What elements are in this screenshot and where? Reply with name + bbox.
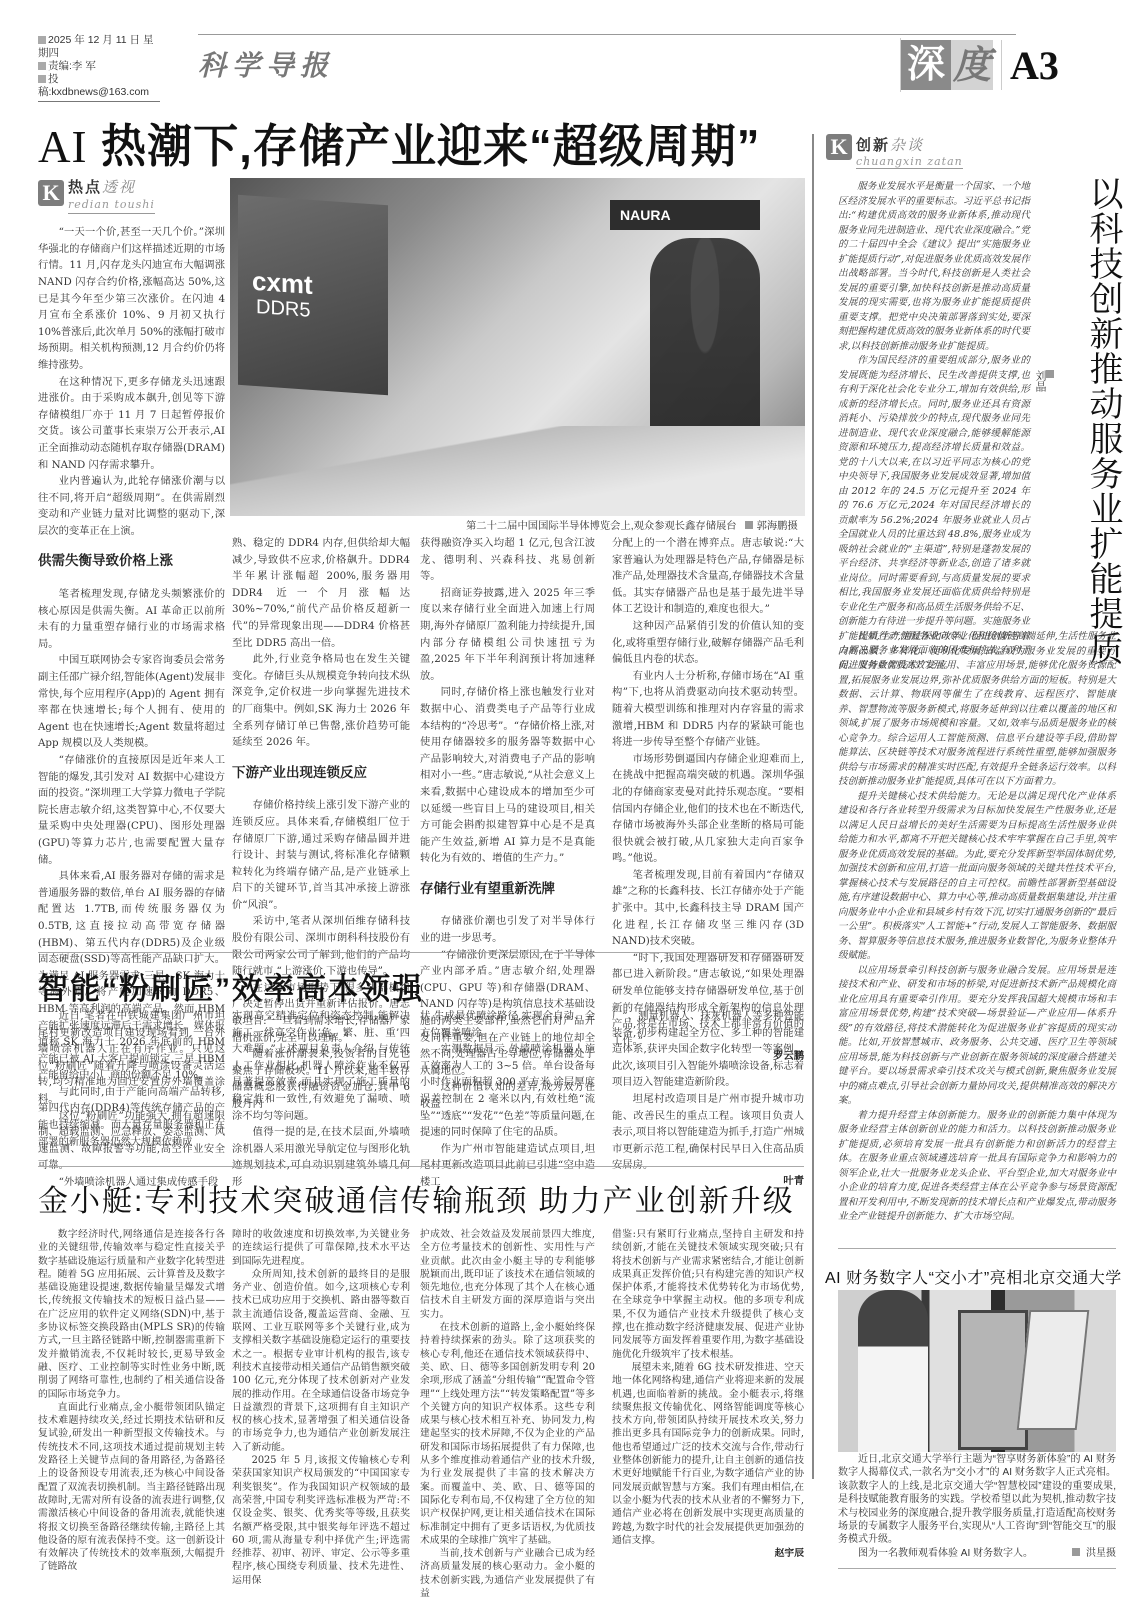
paragraph: 中国互联网协会专家咨询委员会常务副主任邵广禄介绍,智能体(Agent)发展非常快… — [38, 652, 225, 752]
paragraph: 近日,笔者在中铁城建集团广州市坦尾村更新改造项目建设现场看到,一台外墙喷涂机器人… — [38, 1008, 225, 1108]
contribute-email[interactable]: 投稿:kxdbnews@163.com — [38, 73, 160, 99]
paragraph: 这种因产品紧俏引发的价值认知的变化,或将重塑存储行业,破解存储器产品毛利偏低且内… — [612, 618, 804, 668]
author-byline: 赵宇辰 — [612, 1547, 804, 1560]
paragraph: 作为国民经济的重要组成部分,服务业的发展既能为经济增长、民生改善提供支撑,也有利… — [838, 354, 1030, 673]
article3-column-4: 借鉴:只有紧盯行业痛点,坚持自主研发和持续创新,才能在关键技术领域实现突破;只有… — [612, 1228, 804, 1560]
lead-column-4: 分配上的一个潜在博弈点。唐志敏说:“大家普遍认为处理器是特色产品,存储器是标准产… — [612, 535, 804, 1066]
paragraph: 业内普遍认为,此轮存储涨价潮与以往不同,将开启“超级周期”。在供需剧烈变动和产业… — [38, 473, 225, 539]
sidebar-author: 刘晶 — [1040, 370, 1054, 392]
paragraph: 有业内人士分析称,存储市场在“AI 重构”下,也将从消费驱动向技术驱动转型。随着… — [612, 668, 804, 751]
article3-headline: 金小艇:专利技术突破通信传输瓶颈 助力产业创新升级 — [38, 1176, 795, 1220]
paragraph: 坦尾村改造项目是广州市提升城市功能、改善民生的重点工程。该项目负责人表示,项目将… — [612, 1091, 804, 1174]
masthead-rule — [198, 34, 1016, 35]
sidebar-vertical-title: 以科技创新推动服务业扩能提质 — [1082, 176, 1122, 666]
page-number: A3 — [1010, 42, 1059, 89]
issue-date: 2025 年 12 月 11 日 星期四 — [38, 34, 160, 60]
paragraph: “一天一个价,甚至一天几个价。”深圳华强北的存储商户们这样描述近期的市场行情。1… — [38, 224, 225, 373]
column-pinyin: chuangxin zatan — [856, 155, 963, 168]
credit-square-icon — [745, 521, 753, 529]
paragraph: 展望未来,随着 6G 技术研发推进、空天地一体化网络构建,通信产业将迎来新的发展… — [612, 1361, 804, 1547]
subheading: 供需失衡导致价格上涨 — [38, 553, 225, 570]
booth-sign: NAURA — [610, 200, 760, 230]
k-logo-icon: K — [38, 180, 64, 206]
column-pinyin: redian toushi — [68, 197, 155, 214]
innovation-column-badge: K 创新杂谈 chuangxin zatan — [826, 134, 963, 169]
paragraph: 实现高空精准定位和姿态控制,能解决施工一线高空作业‘危、繁、脏、重’四大难题。”… — [232, 1008, 410, 1124]
subheading: 下游产业出现连锁反应 — [232, 765, 410, 782]
sidebar-narrow-text: 服务业发展水平是衡量一个国家、一个地区经济发展水平的重要标志。习近平总书记指出:… — [838, 180, 1030, 673]
lead-headline: AI 热潮下,存储产业迎来“超级周期” — [38, 110, 760, 176]
teacher-figure — [858, 1290, 928, 1452]
news-brief-text: 近日,北京交通大学举行主题为“智享财务新体验”的 AI 财务数字人揭幕仪式,一款… — [838, 1453, 1116, 1560]
paragraph: 熟、稳定的 DDR4 内存,但供给却大幅减少,导致供不应求,价格飙升。DDR4 … — [232, 535, 410, 651]
lead-photo-caption: 第二十二届中国国际半导体博览会上,观众参观长鑫存储展台郭海鹏摄 — [466, 517, 798, 532]
paragraph: 服务业发展水平是衡量一个国家、一个地区经济发展水平的重要标志。习近平总书记指出:… — [838, 180, 1030, 354]
paragraph: 数字经济时代,网络通信是连接各行各业的关键纽带,传输效率与稳定性直接关乎数字基础… — [38, 1228, 225, 1401]
paragraph: 提升关键核心技术供给能力。无论是以满足现代化产业体系建设和各行各业转型升级需求为… — [838, 790, 1116, 964]
section-char-2: 度 — [951, 40, 993, 90]
paragraph: “存储涨价的直接原因是近年来人工智能的爆发,其引发对 AI 数据中心建设方面的投… — [38, 752, 225, 868]
paragraph: 招商证券披露,进入 2025 年三季度以来存储行业全面进入加速上行周期,海外存储… — [420, 585, 595, 685]
article2-column-2: 实现高空精准定位和姿态控制,能解决施工一线高空作业‘危、繁、脏、重’四大难题。”… — [232, 1008, 410, 1191]
paragraph: 障时的收敛速度和切换效率,为关键业务的连续运行提供了可靠保障,技术水平达到国际先… — [232, 1228, 410, 1268]
k-logo-icon: K — [826, 134, 852, 160]
subheading: 存储行业有望重新洗牌 — [420, 881, 595, 898]
paragraph: 近日,北京交通大学举行主题为“智享财务新体验”的 AI 财务数字人揭幕仪式,一款… — [838, 1453, 1116, 1547]
article2-column-4: 厂”、测量机器人、抹灰机器人等多种智能装备,初步构建起全方位、多工种的智能建造体… — [612, 1008, 804, 1191]
article2-headline: 智能“粉刷匠”效率高本领强 — [38, 964, 424, 1008]
paragraph: 实测数据显示,外墙喷涂机器人施工效率为人工的 3~5 倍。单台设备每小时作业面积… — [420, 1041, 595, 1141]
photo-caption: 图为一名教师观看体验 AI 财务数字人。洪星摄 — [838, 1547, 1116, 1560]
paragraph: 众所周知,技术创新的最终目的是服务产业、创造价值。如今,这项核心专利技术已成功应… — [232, 1268, 410, 1454]
paragraph: 同时,存储价格上涨也触发行业对数据中心、消费类电子产品等行业成本结构的“冷思考”… — [420, 684, 595, 867]
sidebar-divider — [838, 1248, 1116, 1249]
paragraph: 此外,行业竞争格局也在发生关键变化。存储巨头从规模竞争转向技术纵深竞争,定价权进… — [232, 651, 410, 751]
section-divider — [38, 1166, 804, 1167]
paragraph: 在技术创新的道路上,金小艇始终保持着持续探索的劲头。除了这项获奖的核心专利,他还… — [420, 1321, 595, 1547]
lead-photo: cxmt DDR5 NAURA — [230, 178, 805, 516]
article3-column-3: 护成效、社会效益及发展前景四大维度,全方位考量技术的创新性、实用性与产业贡献。此… — [420, 1228, 595, 1600]
sidebar-rule — [812, 134, 814, 1479]
column-title: 热点透视 — [68, 180, 155, 197]
article2-column-3: 状,生成最优喷涂路径,实现全自动、全方位覆盖喷涂。 实测数据显示,外墙喷涂机器人… — [420, 1008, 595, 1191]
column-title: 创新杂谈 — [856, 134, 963, 155]
paragraph: 厂”、测量机器人、抹灰机器人等多种智能装备,初步构建起全方位、多工种的智能建造体… — [612, 1008, 804, 1091]
hotspot-column-badge: K 热点透视 redian toushi — [38, 180, 225, 214]
paragraph: 比如,生产性服务业向专业化和价值链高端延伸,生活性服务业向高品质、多样化、便利化… — [838, 630, 1116, 790]
section-label: 深 度 A3 — [900, 38, 1059, 92]
article3-column-2: 障时的收敛速度和切换效率,为关键业务的连续运行提供了可靠保障,技术水平达到国际先… — [232, 1228, 410, 1587]
paragraph: 2025 年 5 月,该报文传输核心专利荣获国家知识产权局颁发的“中国国家专利奖… — [232, 1454, 410, 1587]
paragraph: 在这种情况下,更多存储龙头迅速跟进涨价。由于采购成本飙升,创见等下游存储模组厂亦… — [38, 374, 225, 474]
paragraph: 当前,技术创新与产业融合已成为经济高质量发展的核心驱动力。金小艇的技术创新实践,… — [420, 1547, 595, 1600]
section-divider — [38, 952, 804, 953]
editor-name: 责编:李 军 — [38, 60, 160, 73]
paragraph: 着力提升经营主体创新能力。服务业的创新能力集中体现为服务业经营主体创新创业的能力… — [838, 1109, 1116, 1225]
paragraph: 存储涨价潮也引发了对半导体行业的进一步思考。 — [420, 913, 595, 946]
info-panel — [1017, 1310, 1090, 1430]
paragraph: 以应用场景牵引科技创新与服务业融合发展。应用场景是连接技术和产业、研发和市场的桥… — [838, 964, 1116, 1109]
screen-text: DDR5 — [256, 296, 310, 323]
paragraph: 这位“粉刷匠”功能强大,拥有超速限制、超载监测、应急释放、姿态监测、风速监测、故… — [38, 1108, 225, 1174]
lead-headline-text: 热潮下,存储产业迎来“超级周期” — [101, 120, 760, 172]
news-brief-headline: AI 财务数字人“交小才”亮相北京交通大学 — [825, 1265, 1122, 1288]
section-divider — [1001, 40, 1002, 90]
paragraph: 笔者梳理发现,存储龙头频繁涨价的核心原因是供需失衡。AI 革命正以前所未有的力量… — [38, 586, 225, 652]
lead-headline-prefix: AI — [38, 121, 88, 172]
paragraph: 直面此行业痛点,金小艇带领团队锚定技术难题持续攻关,经过长期技术钻研和反复试验,… — [38, 1401, 225, 1574]
news-brief-bottom-rule — [838, 1568, 1116, 1569]
paragraph: 存储价格持续上涨引发下游产业的连锁反应。具体来看,存储模组厂位于存储原厂下游,通… — [232, 797, 410, 913]
paragraph: 护成效、社会效益及发展前景四大维度,全方位考量技术的创新性、实用性与产业贡献。此… — [420, 1228, 595, 1321]
paragraph: 分配上的一个潜在博弈点。唐志敏说:“大家普遍认为处理器是特色产品,存储器是标准产… — [612, 535, 804, 618]
paragraph: 状,生成最优喷涂路径,实现全自动、全方位覆盖喷涂。 — [420, 1008, 595, 1041]
paragraph: 获得融资净买入均超 1 亿元,包含江波龙、德明利、兴森科技、兆易创新等。 — [420, 535, 595, 585]
paragraph: 借鉴:只有紧盯行业痛点,坚持自主研发和持续创新,才能在关键技术领域实现突破;只有… — [612, 1228, 804, 1361]
ddr5-display-screen: cxmt DDR5 — [238, 195, 388, 395]
paragraph: 笔者梳理发现,目前有着国内“存储双雄”之称的长鑫科技、长江存储亦处于产能扩张中。… — [612, 867, 804, 950]
news-brief-photo — [838, 1290, 1116, 1452]
article3-column-1: 数字经济时代,网络通信是连接各行各业的关键纽带,传输效率与稳定性直接关乎数字基础… — [38, 1228, 225, 1574]
masthead-meta: 2025 年 12 月 11 日 星期四 责编:李 军 投稿:kxdbnews@… — [38, 34, 160, 102]
article2-column-1: 近日,笔者在中铁城建集团广州市坦尾村更新改造项目建设现场看到,一台外墙喷涂机器人… — [38, 1008, 225, 1191]
photo-credit: 郭海鹏摄 — [757, 521, 798, 532]
photo-credit: 洪星摄 — [1052, 1547, 1116, 1560]
newspaper-logo: 科学导报 — [198, 44, 334, 84]
sidebar-wide-text: 比如,生产性服务业向专业化和价值链高端延伸,生活性服务业向高品质、多样化、便利化… — [838, 630, 1116, 1225]
section-char-1: 深 — [901, 40, 951, 90]
photo-floor — [230, 426, 805, 516]
paragraph: 市场形势倒逼国内存储企业迎难而上,在挑战中把握高端突破的机遇。深圳华强北的存储商… — [612, 751, 804, 867]
